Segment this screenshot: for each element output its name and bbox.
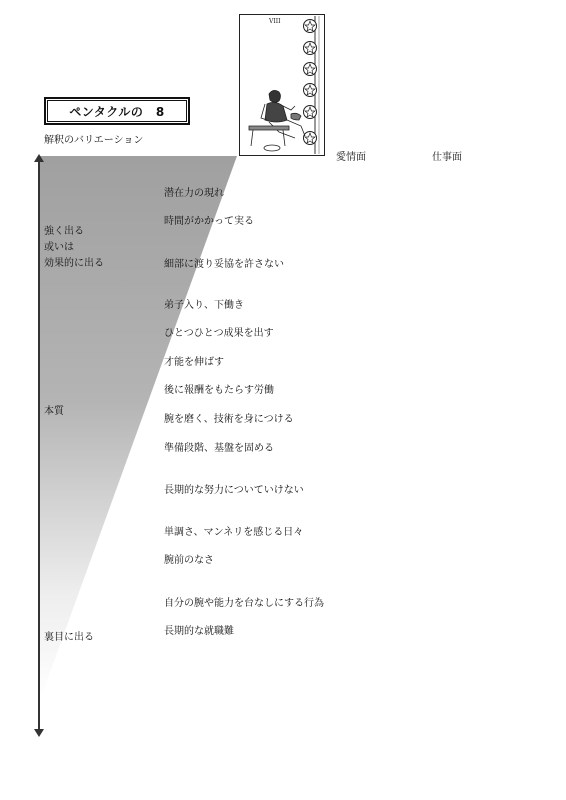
interpretation-item: 潜在力の現れ [164, 184, 224, 199]
axis-label-strong: 強く出る 或いは 効果的に出る [44, 224, 104, 272]
arrow-up-icon [34, 154, 44, 162]
interpretation-item: 長期的な就職難 [164, 622, 234, 637]
interpretation-item: 細部に渡り妥協を許さない [164, 255, 284, 270]
page-title-text: ペンタクルの 8 [69, 103, 165, 120]
interpretation-item: 腕を磨く、技術を身につける [164, 410, 294, 425]
interpretation-item: 才能を伸ばす [164, 353, 224, 368]
interpretation-item: 弟子入り、下働き [164, 296, 244, 311]
page-title: ペンタクルの 8 [44, 97, 190, 125]
axis-label-reversed: 裏目に出る [44, 630, 94, 646]
intensity-axis [38, 160, 40, 732]
interpretation-item: 自分の腕や能力を台なしにする行為 [164, 594, 324, 609]
arrow-down-icon [34, 729, 44, 737]
column-header-love: 愛情面 [336, 148, 366, 163]
column-header-work: 仕事面 [432, 148, 462, 163]
interpretation-item: 時間がかかって実る [164, 212, 254, 227]
interpretation-item: 腕前のなさ [164, 551, 214, 566]
interpretation-item: 準備段階、基盤を固める [164, 439, 274, 454]
interpretation-item: 長期的な努力についていけない [164, 481, 304, 496]
interpretation-item: 後に報酬をもたらす労働 [164, 381, 274, 396]
axis-label-essence: 本質 [44, 404, 64, 420]
tarot-card-image: VIII [239, 14, 325, 156]
interpretation-item: ひとつひとつ成果を出す [164, 324, 274, 339]
page-subtitle: 解釈のバリエーション [44, 131, 143, 146]
svg-text:VIII: VIII [268, 18, 281, 25]
interpretation-item: 単調さ、マンネリを感じる日々 [164, 523, 303, 538]
